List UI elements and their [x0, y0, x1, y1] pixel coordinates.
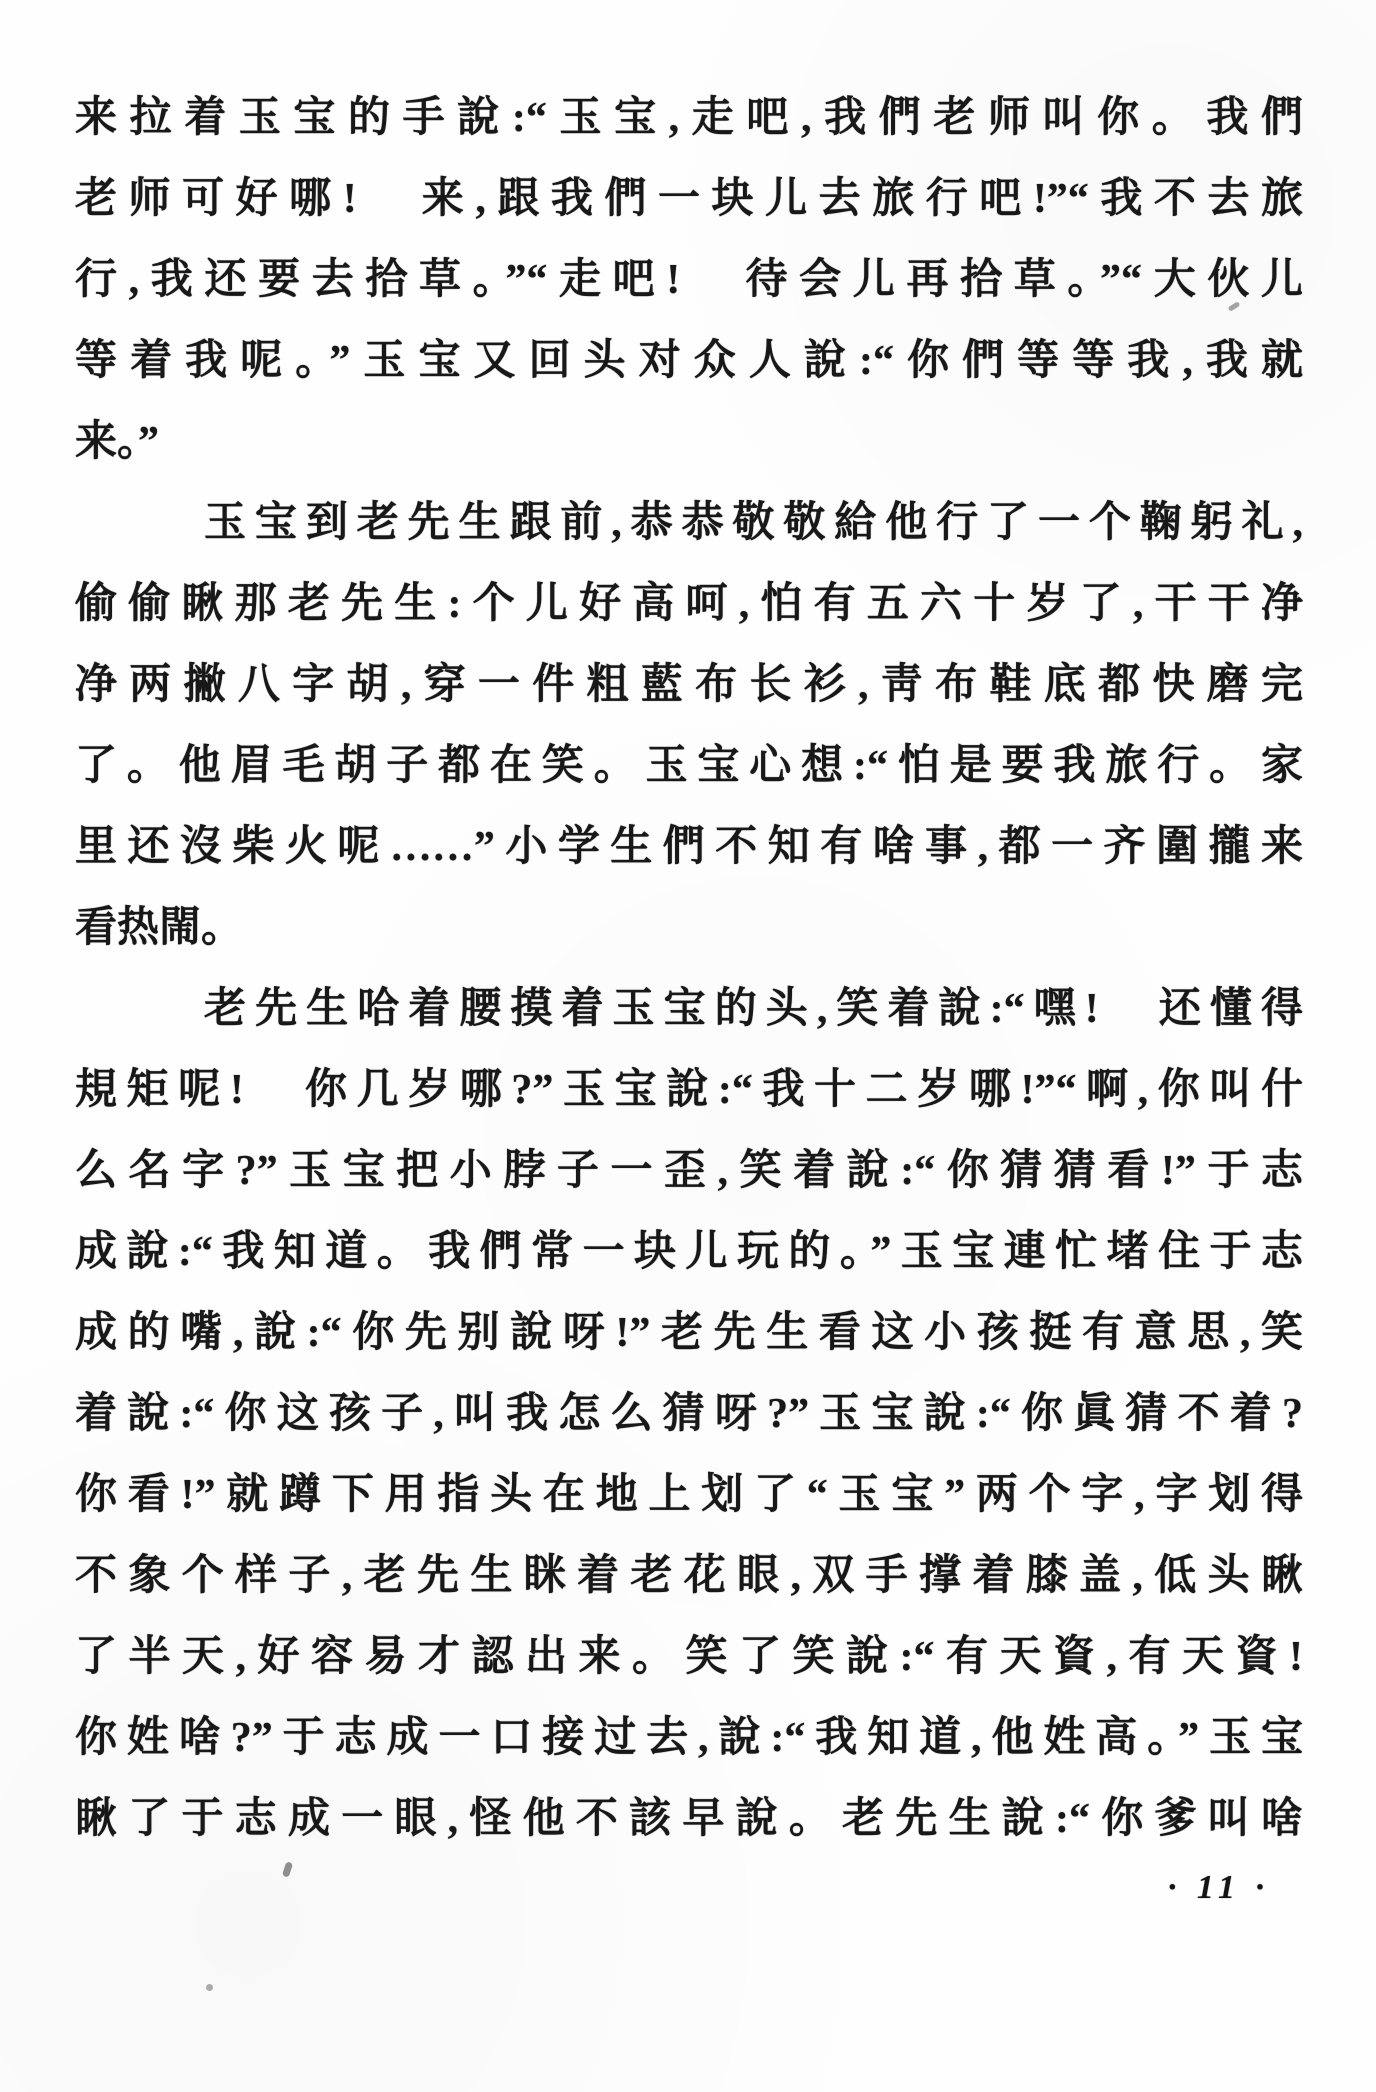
- text-line: 偷偷瞅那老先生:个儿好高呵,怕有五六十岁了,干干净: [75, 564, 1303, 645]
- text-line: 你看!”就蹲下用指头在地上划了“玉宝”两个字,字划得: [75, 1455, 1303, 1536]
- text-line paragraph-start: 老先生哈着腰摸着玉宝的头,笑着說:“嘿! 还懂得: [75, 969, 1303, 1050]
- scan-speck: [206, 1984, 213, 1991]
- text-line: 等着我呢。”玉宝又回头对众人說:“你們等等我,我就: [75, 321, 1303, 402]
- scan-speck: [282, 1861, 293, 1877]
- text-line: 着說:“你这孩子,叫我怎么猜呀?”玉宝說:“你眞猜不着?: [75, 1374, 1303, 1455]
- text-line: 成說:“我知道。我們常一块儿玩的。”玉宝連忙堵住于志: [75, 1212, 1303, 1293]
- text-line: 你姓啥?”于志成一口接过去,說:“我知道,他姓高。”玉宝: [75, 1698, 1303, 1779]
- text-line: 了半天,好容易才認出来。笑了笑說:“有天資,有天資!: [75, 1617, 1303, 1698]
- text-line: 来拉着玉宝的手說:“玉宝,走吧,我們老师叫你。我們: [75, 78, 1303, 159]
- text-line: 净两撇八字胡,穿一件粗藍布长衫,靑布鞋底都快磨完: [75, 645, 1303, 726]
- text-line: 規矩呢! 你几岁哪?”玉宝說:“我十二岁哪!”“啊,你叫什: [75, 1050, 1303, 1131]
- text-line: 么名字?”玉宝把小脖子一歪,笑着說:“你猜猜看!”于志: [75, 1131, 1303, 1212]
- page-number: · 11 ·: [1168, 1866, 1270, 1910]
- text-line: 老师可好哪! 来,跟我們一块儿去旅行吧!”“我不去旅: [75, 159, 1303, 240]
- page-text-block: 来拉着玉宝的手說:“玉宝,走吧,我們老师叫你。我們 老师可好哪! 来,跟我們一块…: [75, 78, 1303, 1860]
- text-line paragraph-start: 玉宝到老先生跟前,恭恭敬敬給他行了一个鞠躬礼,: [75, 483, 1303, 564]
- scanned-book-page: 来拉着玉宝的手說:“玉宝,走吧,我們老师叫你。我們 老师可好哪! 来,跟我們一块…: [0, 0, 1376, 2092]
- text-line: 了。他眉毛胡子都在笑。玉宝心想:“怕是要我旅行。家: [75, 726, 1303, 807]
- text-line: 看热閙。: [75, 888, 1303, 969]
- text-line: 成的嘴,說:“你先别說呀!”老先生看这小孩挺有意思,笑: [75, 1293, 1303, 1374]
- text-line: 瞅了于志成一眼,怪他不該早說。老先生說:“你爹叫啥: [75, 1779, 1303, 1860]
- text-line: 来。”: [75, 402, 1303, 483]
- text-line: 里还沒柴火呢……”小学生們不知有啥事,都一齐圍攏来: [75, 807, 1303, 888]
- text-line: 行,我还要去拾草。”“走吧! 待会儿再拾草。”“大伙儿: [75, 240, 1303, 321]
- text-line: 不象个样子,老先生眯着老花眼,双手撑着膝盖,低头瞅: [75, 1536, 1303, 1617]
